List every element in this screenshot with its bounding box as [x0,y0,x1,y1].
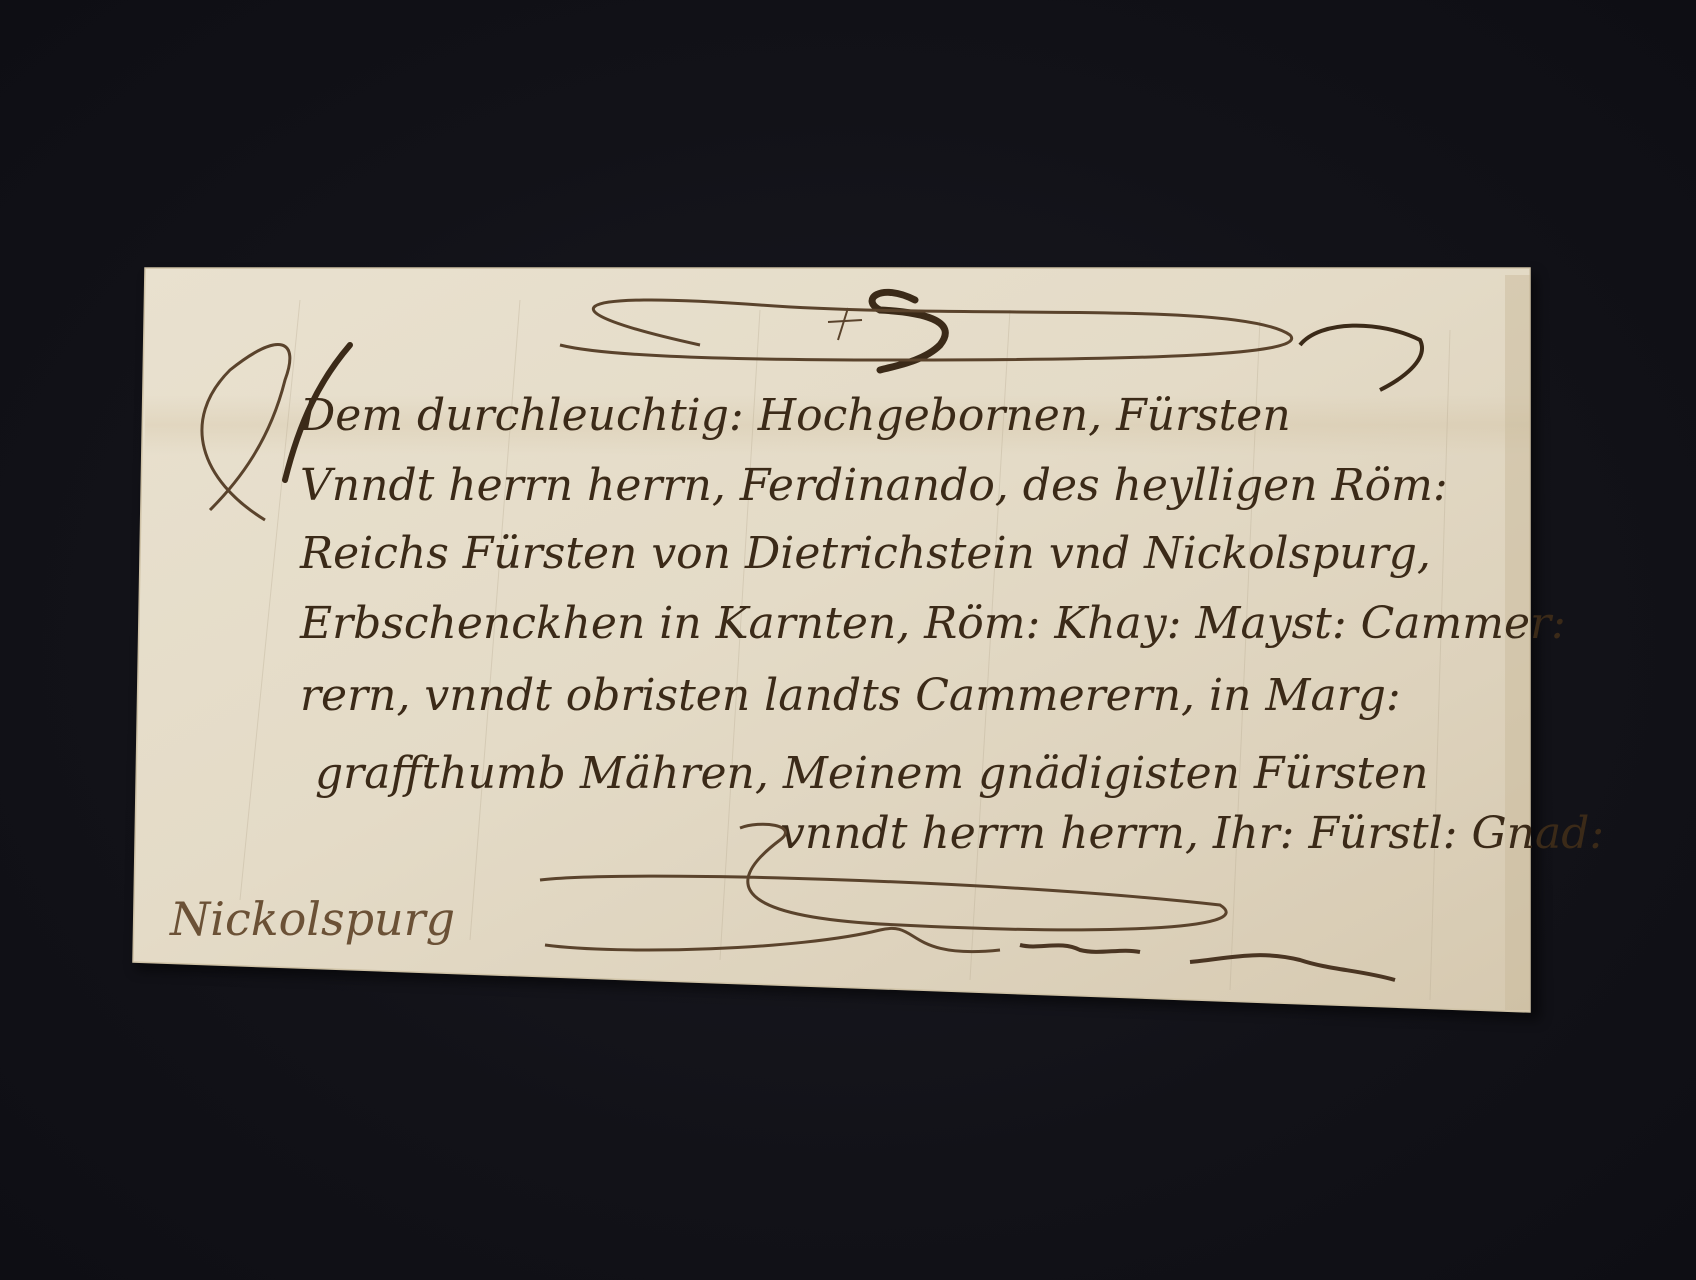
address-line-5: rern, vnndt obristen landts Cammerern, i… [300,670,1401,721]
address-line-2: Vnndt herrn herrn, Ferdinando, des heyll… [300,460,1448,511]
address-line-7: vnndt herrn herrn, Ihr: Fürstl: Gnad: [780,808,1604,859]
place-note: Nickolspurg [169,892,455,946]
address-line-3: Reichs Fürsten von Dietrichstein vnd Nic… [299,528,1431,579]
address-line-6: graffthumb Mähren, Meinem gnädigisten Fü… [315,748,1428,799]
letter-photo: Dem durchleuchtig: Hochgebornen, Fürsten… [0,0,1696,1280]
address-line-4: Erbschenckhen in Karnten, Röm: Khay: May… [299,598,1566,649]
address-line-1: Dem durchleuchtig: Hochgebornen, Fürsten [299,390,1291,441]
